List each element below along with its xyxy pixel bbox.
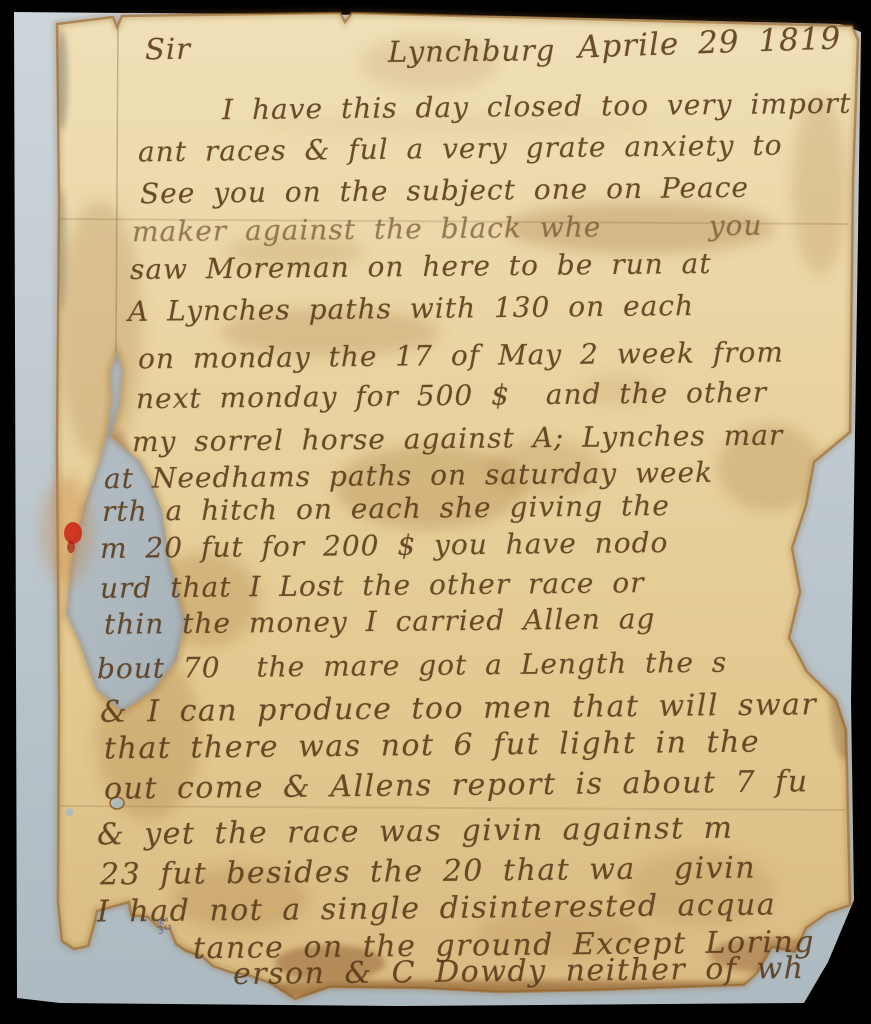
letter-line: thin the money I carried Allen ag — [104, 604, 656, 640]
letter-line: & I can produce too men that will swar — [100, 690, 818, 728]
letter-line: saw Moreman on here to be run at — [130, 249, 712, 285]
letter-text: Sir Lynchburg Aprile 29 1819 I have this… — [0, 0, 871, 1024]
letter-line: & yet the race was givin against m — [97, 814, 734, 851]
letter-line: that there was not 6 fut light in the — [104, 728, 760, 765]
letter-line: on monday the 17 of May 2 week from — [138, 338, 784, 375]
letter-line: ant races & ful a very grate anxiety to — [138, 131, 783, 168]
letter-line: next monday for 500 $ and the other — [136, 378, 767, 415]
letter-line: maker against the black whe you — [132, 211, 763, 248]
archive-stamp: ⊕³ 3¹³ — [156, 918, 172, 936]
letter-scan: Sir Lynchburg Aprile 29 1819 I have this… — [0, 0, 871, 1024]
letter-line: rth a hitch on each she giving the — [102, 491, 670, 527]
letter-place: Lynchburg — [388, 35, 556, 67]
letter-line: bout 70 the mare got a Length the s — [97, 648, 727, 685]
letter-line: A Lynches paths with 130 on each — [128, 291, 694, 327]
letter-line: I have this day closed too very import — [222, 89, 852, 126]
letter-line: 23 fut besides the 20 that wa givin — [100, 854, 756, 891]
letter-line: m 20 fut for 200 $ you have nodo — [100, 528, 669, 564]
letter-line: my sorrel horse against A; Lynches mar — [132, 421, 784, 458]
letter-line: urd that I Lost the other race or — [100, 568, 645, 604]
letter-date: Aprile 29 1819 — [578, 23, 842, 62]
letter-line: I had not a single disinterested acqua — [97, 890, 776, 927]
letter-salutation: Sir — [145, 34, 191, 64]
letter-line: See you on the subject one on Peace — [140, 173, 749, 209]
letter-line: erson & C Dowdy neither of wh — [233, 954, 805, 990]
letter-line: out come & Allens report is about 7 fu — [104, 767, 809, 804]
